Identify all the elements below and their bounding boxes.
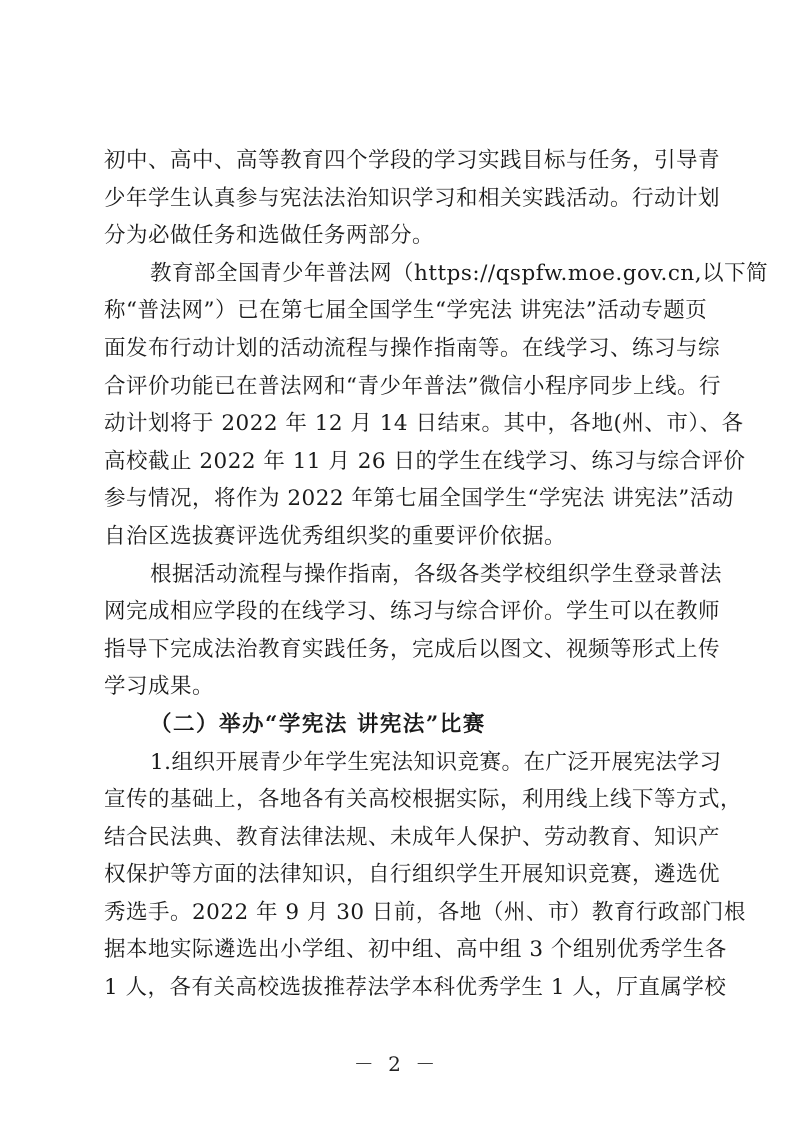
text-line: 面发布行动计划的活动流程与操作指南等。在线学习、练习与综	[104, 330, 692, 368]
text-line: 1.组织开展青少年学生宪法知识竞赛。在广泛开展宪法学习	[104, 744, 692, 782]
text-line: 少年学生认真参与宪法法治知识学习和相关实践活动。行动计划	[104, 180, 692, 218]
text-line: 参与情况，将作为 2022 年第七届全国学生“学宪法 讲宪法”活动	[104, 480, 692, 518]
page-number: － 2 －	[0, 1048, 793, 1077]
text-line: 网完成相应学段的在线学习、练习与综合评价。学生可以在教师	[104, 593, 692, 631]
text-line: 自治区选拔赛评选优秀组织奖的重要评价依据。	[104, 518, 692, 556]
text-line: 宣传的基础上，各地各有关高校根据实际，利用线上线下等方式，	[104, 781, 692, 819]
paragraph: 1.组织开展青少年学生宪法知识竞赛。在广泛开展宪法学习宣传的基础上，各地各有关高…	[104, 744, 692, 1007]
paragraph: 教育部全国青少年普法网（https://qspfw.moe.gov.cn,以下简…	[104, 255, 692, 556]
text-line: 高校截止 2022 年 11 月 26 日的学生在线学习、练习与综合评价	[104, 443, 692, 481]
text-line: 初中、高中、高等教育四个学段的学习实践目标与任务，引导青	[104, 142, 692, 180]
section-heading: （二）举办“学宪法 讲宪法”比赛	[104, 706, 692, 744]
text-line: 学习成果。	[104, 668, 692, 706]
document-body: 初中、高中、高等教育四个学段的学习实践目标与任务，引导青少年学生认真参与宪法法治…	[104, 142, 692, 1007]
paragraph: 根据活动流程与操作指南，各级各类学校组织学生登录普法网完成相应学段的在线学习、练…	[104, 556, 692, 706]
text-line: 称“普法网”）已在第七届全国学生“学宪法 讲宪法”活动专题页	[104, 292, 692, 330]
text-line: 权保护等方面的法律知识，自行组织学生开展知识竞赛，遴选优	[104, 856, 692, 894]
text-line: 指导下完成法治教育实践任务，完成后以图文、视频等形式上传	[104, 631, 692, 669]
text-line: 教育部全国青少年普法网（https://qspfw.moe.gov.cn,以下简	[104, 255, 692, 293]
text-line: 根据活动流程与操作指南，各级各类学校组织学生登录普法	[104, 556, 692, 594]
text-line: 合评价功能已在普法网和“青少年普法”微信小程序同步上线。行	[104, 368, 692, 406]
text-line: 秀选手。2022 年 9 月 30 日前，各地（州、市）教育行政部门根	[104, 894, 692, 932]
text-line: 据本地实际遴选出小学组、初中组、高中组 3 个组别优秀学生各	[104, 931, 692, 969]
paragraph: 初中、高中、高等教育四个学段的学习实践目标与任务，引导青少年学生认真参与宪法法治…	[104, 142, 692, 255]
text-line: 分为必做任务和选做任务两部分。	[104, 217, 692, 255]
text-line: 结合民法典、教育法律法规、未成年人保护、劳动教育、知识产	[104, 819, 692, 857]
text-line: 1 人，各有关高校选拔推荐法学本科优秀学生 1 人，厅直属学校	[104, 969, 692, 1007]
text-line: （二）举办“学宪法 讲宪法”比赛	[104, 706, 692, 744]
document-page: 初中、高中、高等教育四个学段的学习实践目标与任务，引导青少年学生认真参与宪法法治…	[0, 0, 793, 1122]
text-line: 动计划将于 2022 年 12 月 14 日结束。其中，各地(州、市）、各	[104, 405, 692, 443]
